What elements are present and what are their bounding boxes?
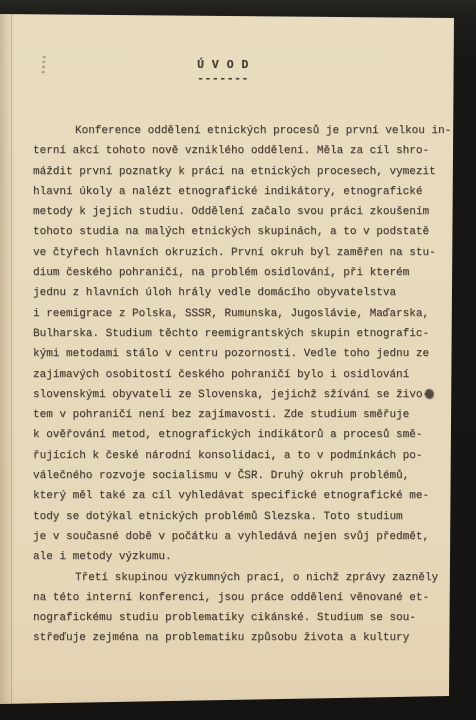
text-line: je v současné době v počátku a vyhledává… xyxy=(33,527,443,547)
document-page: Ú V O D ------- Konference oddělení etni… xyxy=(0,0,476,720)
text-line: na této interní konferenci, jsou práce o… xyxy=(33,588,443,608)
text-line: ale i metody výzkumu. xyxy=(33,547,443,567)
text-line: kými metodami stálo v centru pozornosti.… xyxy=(33,344,443,364)
text-line: máždit první poznatky k práci na etnický… xyxy=(33,162,443,182)
text-line: slovenskými obyvateli ze Slovenska, jeji… xyxy=(33,385,443,405)
text-line: jednu z hlavních úloh hrály vedle domácí… xyxy=(33,283,443,303)
text-line: zajímavých osobitostí českého pohraničí … xyxy=(33,365,443,385)
text-line: střeďuje zejména na problematiku způsobu… xyxy=(33,628,443,648)
text-line: tohoto studia na malých etnických skupin… xyxy=(33,222,443,242)
text-line: tody se dotýkal etnických problémů Slezs… xyxy=(33,507,443,527)
text-line: hlavní úkoly a nalézt etnografické indik… xyxy=(33,182,443,202)
text-line: ve čtyřech hlavních okruzích. První okru… xyxy=(33,243,443,263)
page-title: Ú V O D xyxy=(0,58,446,74)
text-line: nografickému studiu problematiky cikánsk… xyxy=(33,608,443,628)
text-body: Konference oddělení etnických procesů je… xyxy=(33,121,443,649)
text-line: řujících k české národní konsolidaci, a … xyxy=(33,446,443,466)
text-line: terní akcí tohoto nově vzniklého oddělen… xyxy=(33,141,443,161)
text-line: tem v pohraničí není bez zajímavosti. Zd… xyxy=(33,405,443,425)
text-line: i reemigrace z Polska, SSSR, Rumunska, J… xyxy=(33,304,443,324)
text-line: který měl také za cíl vyhledávat specifi… xyxy=(33,486,443,506)
text-line: Bulharska. Studium těchto reemigrantskýc… xyxy=(33,324,443,344)
page-header: Ú V O D ------- xyxy=(0,58,446,86)
text-line: válečného rozvoje socialismu v ČSR. Druh… xyxy=(33,466,443,486)
text-line: metody k jejich studiu. Oddělení začalo … xyxy=(33,202,443,222)
title-underline: ------- xyxy=(0,74,446,86)
text-line: Třetí skupinou výzkumných prací, o nichž… xyxy=(33,568,443,588)
text-line: dium českého pohraničí, na problém osidl… xyxy=(33,263,443,283)
text-line: Konference oddělení etnických procesů je… xyxy=(33,121,443,141)
text-line: k ověřování metod, etnografických indiká… xyxy=(33,425,443,445)
